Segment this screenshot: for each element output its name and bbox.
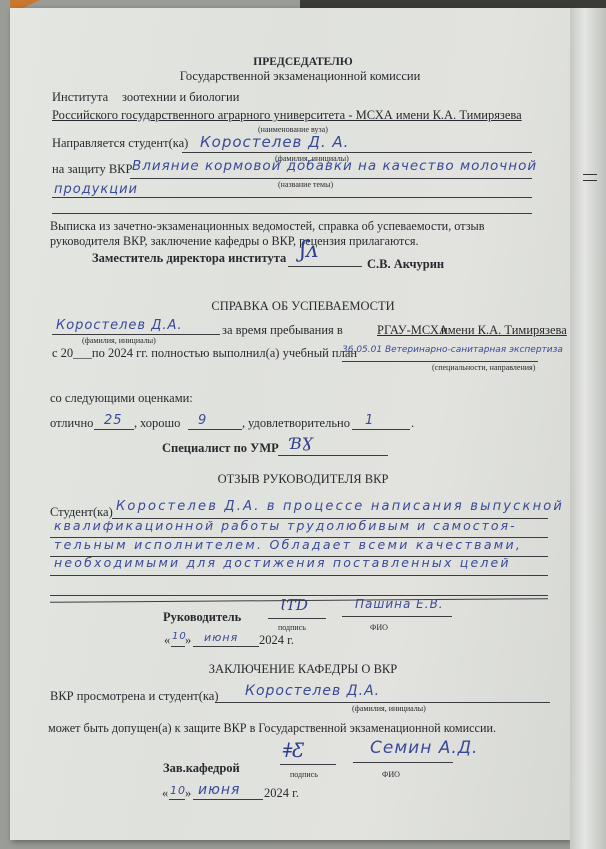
supervisor-date-month-line — [193, 646, 259, 647]
grade-satisfactory-label: удовлетворительно — [248, 417, 350, 430]
grade-excellent-label: отлично — [50, 417, 93, 430]
grade-good-value[interactable]: 9 — [198, 414, 207, 427]
deputy-director-name: С.В. Акчурин — [367, 258, 444, 271]
specialist-signature: ƁƔ — [290, 434, 313, 453]
thesis-field-line-2 — [52, 197, 532, 198]
performance-student-line — [52, 334, 220, 335]
plan-caption: (специальности, направления) — [432, 364, 535, 372]
head-signature: ǂƸ — [283, 738, 303, 762]
commission-subheading: Государственной экзаменационной комиссии — [0, 70, 600, 83]
grade-excellent-value[interactable]: 25 — [104, 414, 123, 427]
thesis-field-value-1[interactable]: Влияние кормовой добавки на качество мол… — [132, 160, 537, 174]
thesis-field-value-2[interactable]: продукции — [54, 183, 138, 196]
binder-edge — [570, 8, 606, 849]
supervisor-fio-value[interactable]: Пашина Е.В. — [355, 598, 444, 610]
deputy-signature: ʃᴧ — [300, 238, 318, 263]
period-text: с 20___по 2024 гг. полностью выполнил(а)… — [52, 347, 357, 360]
supervisor-signature: ƖƬƊ — [280, 596, 308, 614]
grade-satisfactory-line — [352, 429, 410, 430]
head-of-department-label: Зав.кафедрой — [163, 762, 240, 775]
deputy-signature-line — [288, 266, 362, 267]
specialist-signature-line — [278, 455, 388, 456]
supervisor-signature-caption: подпись — [278, 624, 306, 632]
supervisor-date-day-line — [171, 646, 185, 647]
review-text-line-4[interactable]: необходимыми для достижения поставленных… — [54, 557, 511, 570]
performance-student-caption: (фамилия, инициалы) — [82, 337, 156, 345]
grades-intro: со следующими оценками: — [50, 392, 193, 405]
head-signature-caption: подпись — [290, 771, 318, 779]
institute-label: Института — [52, 91, 108, 104]
review-title: ОТЗЫВ РУКОВОДИТЕЛЯ ВКР — [0, 473, 606, 486]
conclusion-student-value[interactable]: Коростелев Д.А. — [245, 684, 380, 698]
plan-field-line — [342, 361, 538, 362]
performance-student-value[interactable]: Коростелев Д.А. — [56, 319, 183, 332]
thesis-label: на защиту ВКР — [52, 163, 132, 176]
head-fio-value[interactable]: Семин А.Д. — [370, 740, 478, 757]
supervisor-date-month[interactable]: июня — [204, 632, 238, 643]
review-student-label: Студент(ка) — [50, 506, 113, 519]
reviewed-label: ВКР просмотрена и студент(ка) — [50, 690, 219, 703]
student-field-line — [182, 152, 532, 153]
supervisor-fio-caption: ФИО — [370, 624, 388, 632]
review-text-line-1[interactable]: Коростелев Д.А. в процессе написания вып… — [116, 500, 564, 513]
supervisor-label: Руководитель — [163, 611, 241, 624]
head-date-month-line — [193, 799, 263, 800]
head-date-day[interactable]: 10 — [170, 785, 186, 796]
stay-text-suffix: имени К.А. Тимирязева — [441, 324, 567, 337]
conclusion-title: ЗАКЛЮЧЕНИЕ КАФЕДРЫ О ВКР — [0, 663, 606, 676]
binder-mark — [583, 174, 597, 181]
stay-org: РГАУ-МСХА — [377, 324, 448, 337]
grade-good-label: хорошо — [140, 417, 180, 430]
institute-name: зоотехнии и биологии — [122, 91, 239, 104]
thesis-field-line-1 — [130, 178, 532, 179]
supervisor-signature-line — [268, 618, 326, 619]
head-date-month[interactable]: июня — [198, 783, 240, 797]
head-date-year: 2024 г. — [264, 787, 299, 800]
review-line-4 — [50, 575, 548, 576]
stay-text-prefix: за время пребывания в — [222, 324, 343, 337]
deputy-director-label: Заместитель директора института — [92, 252, 286, 265]
addressee-heading: ПРЕДСЕДАТЕЛЮ — [0, 57, 606, 69]
student-field-value[interactable]: Коростелев Д. А. — [200, 135, 349, 150]
review-text-line-3[interactable]: тельным исполнителем. Обладает всеми кач… — [54, 539, 522, 552]
specialist-label: Специалист по УМР — [162, 442, 279, 455]
performance-title: СПРАВКА ОБ УСПЕВАЕМОСТИ — [0, 300, 606, 313]
conclusion-student-caption: (фамилия, инициалы) — [352, 705, 426, 713]
grade-satisfactory-value[interactable]: 1 — [365, 414, 374, 427]
grade-excellent-line — [94, 429, 134, 430]
admission-text: может быть допущен(а) к защите ВКР в Гос… — [48, 722, 496, 734]
head-date-day-line — [169, 799, 185, 800]
head-fio-line — [353, 762, 453, 763]
university-name: Российского государственного аграрного у… — [52, 109, 522, 122]
attachments-text: Выписка из зачетно-экзаменационных ведом… — [50, 219, 540, 249]
thesis-caption: (название темы) — [278, 181, 333, 189]
grade-good-line — [188, 429, 242, 430]
student-label: Направляется студент(ка) — [52, 137, 188, 150]
conclusion-student-line — [215, 702, 550, 703]
head-signature-line — [280, 764, 336, 765]
plan-field-value[interactable]: 36.05.01 Ветеринарно-санитарная эксперти… — [342, 346, 563, 355]
supervisor-date-year: 2024 г. — [259, 634, 294, 647]
head-fio-caption: ФИО — [382, 771, 400, 779]
review-text-line-2[interactable]: квалификационной работы трудолюбивым и с… — [54, 520, 517, 533]
supervisor-fio-line — [342, 616, 452, 617]
thesis-field-line-3 — [52, 213, 532, 214]
